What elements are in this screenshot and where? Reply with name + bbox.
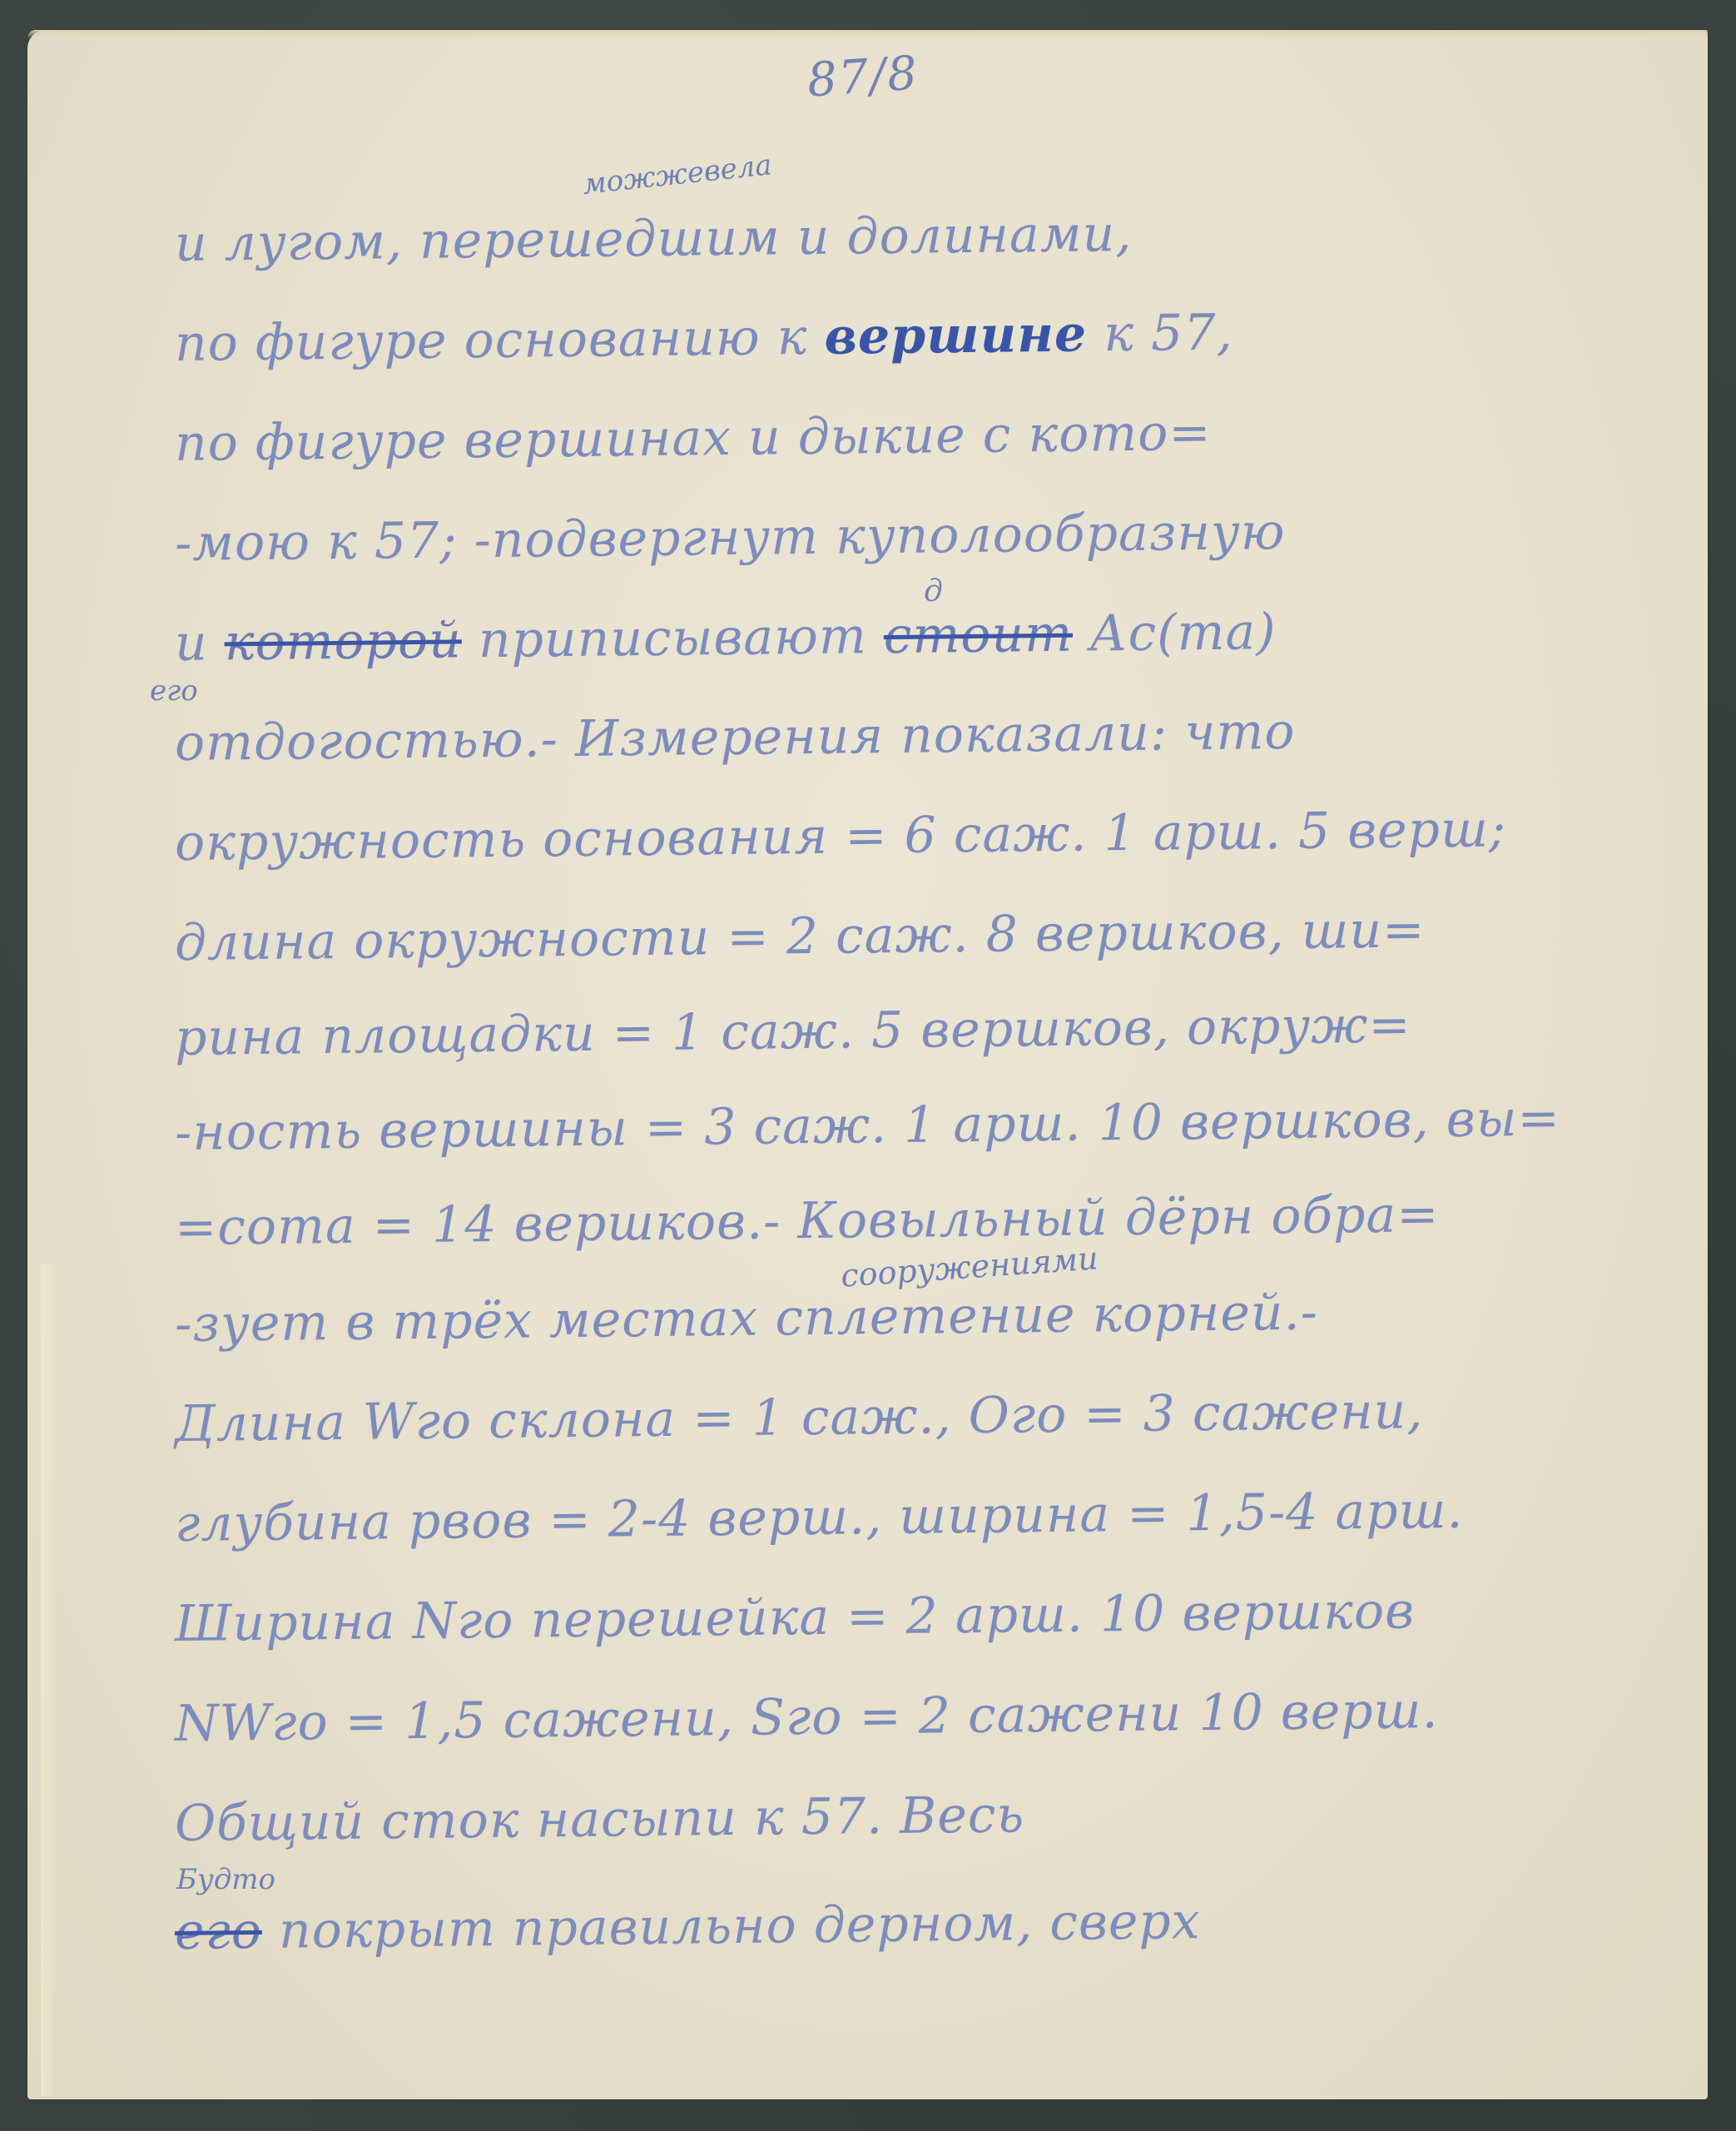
line-1-start: и лугом, (175, 212, 420, 273)
line-2-emphasis: вершине (824, 305, 1087, 366)
line-5-struck-word-2: стоит (883, 605, 1073, 665)
line-18-struck-word: его (175, 1902, 263, 1961)
margin-note-left-last: Будто (176, 1863, 275, 1896)
line-6-main: отдогостью.- Измерения показали: что (175, 703, 1296, 772)
line-12-main: -зует в трёх местах сплетение корней.- (175, 1284, 1319, 1354)
interlinear-insert-line5: д (924, 574, 943, 609)
line-5-end: Ас(та) (1073, 603, 1277, 663)
line-2-main: основанию к (464, 308, 825, 370)
line-3-start: по фигуре (175, 411, 464, 473)
line-2-end: к 57, (1087, 304, 1233, 364)
line-18-main: покрыт правильно дерном, сверх (262, 1892, 1201, 1960)
line-5-struck-word: которой (224, 611, 462, 672)
margin-note-left-line6: его (150, 674, 198, 708)
line-5-prefix: и (175, 613, 225, 673)
line-3-end: и дыкие с кото= (732, 404, 1212, 467)
line-3-main: вершинах (464, 409, 732, 469)
line-4-main: -мою к 57; -подвергнут куполообразную (175, 503, 1286, 573)
page-number: 87/8 (806, 46, 920, 107)
line-2-start: по фигуре (175, 311, 464, 373)
line-17-main: Общий сток насыпи к 57. Весь (175, 1786, 1025, 1853)
line-5-main: приписывают (461, 607, 884, 669)
line-1-main: перешедшим и долинами, (419, 205, 1133, 271)
